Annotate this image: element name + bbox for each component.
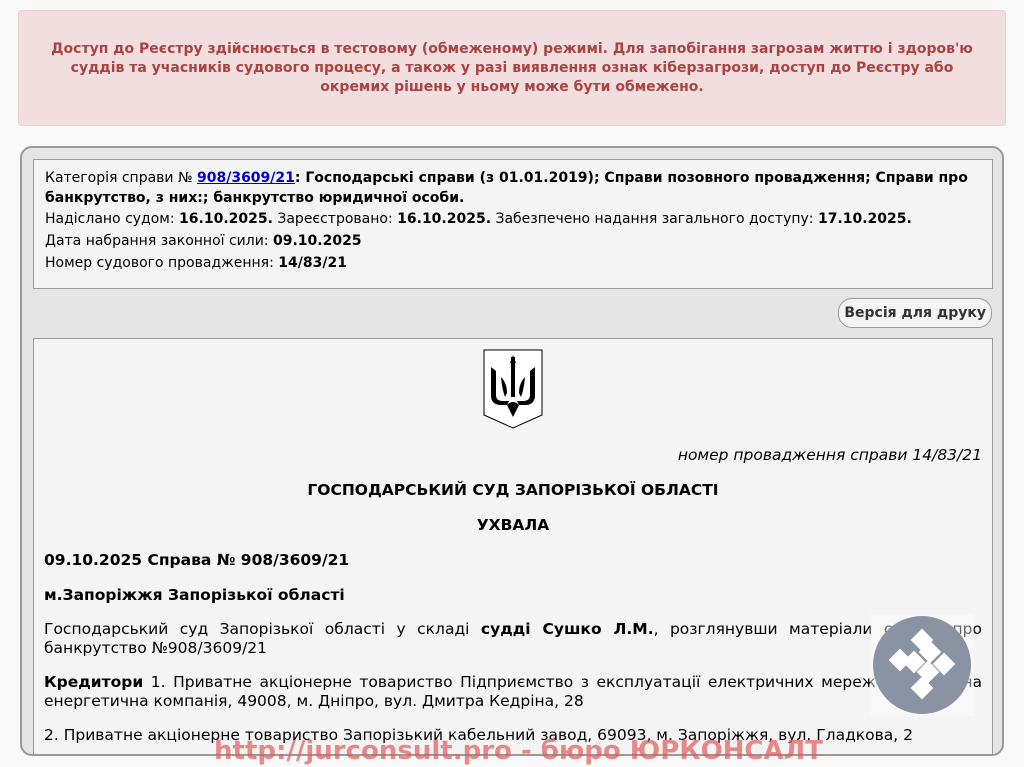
- effective-date-line: Дата набрання законної сили: 09.10.2025: [45, 230, 981, 252]
- category-label: Категорія справи №: [45, 170, 197, 186]
- registered-label: Зареєстровано:: [273, 211, 397, 227]
- creditors-paragraph: Кредитори 1. Приватне акціонерне товарис…: [44, 673, 982, 711]
- effective-value: 09.10.2025: [273, 233, 362, 249]
- sent-value: 16.10.2025.: [179, 211, 273, 227]
- creditor-1-text: 1. Приватне акціонерне товариство Підпри…: [44, 673, 982, 710]
- court-name: ГОСПОДАРСЬКИЙ СУД ЗАПОРІЗЬКОЇ ОБЛАСТІ: [44, 480, 982, 500]
- intro-paragraph: Господарський суд Запорізької області у …: [44, 620, 982, 658]
- case-number-link[interactable]: 908/3609/21: [197, 170, 295, 186]
- access-warning-alert: Доступ до Реєстру здійснюється в тестово…: [18, 10, 1006, 126]
- sent-label: Надіслано судом:: [45, 211, 179, 227]
- decision-container: Категорія справи № 908/3609/21: Господар…: [20, 146, 1004, 756]
- registered-value: 16.10.2025.: [397, 211, 491, 227]
- proceeding-label: Номер судового провадження:: [45, 255, 278, 271]
- creditors-label: Кредитори: [44, 673, 143, 691]
- decision-document: номер провадження справи 14/83/21 ГОСПОД…: [33, 338, 993, 756]
- intro-text: Господарський суд Запорізької області у …: [44, 620, 481, 638]
- proceeding-number-line: Номер судового провадження: 14/83/21: [45, 252, 981, 274]
- alert-text: Доступ до Реєстру здійснюється в тестово…: [35, 40, 989, 97]
- ukraine-trident-icon: [483, 349, 543, 429]
- effective-label: Дата набрання законної сили:: [45, 233, 273, 249]
- judge-name: судді Сушко Л.М.: [481, 620, 654, 638]
- public-access-value: 17.10.2025.: [818, 211, 912, 227]
- date-case-line: 09.10.2025 Справа № 908/3609/21: [44, 550, 982, 570]
- puzzle-logo-icon: [870, 614, 974, 716]
- case-info-panel: Категорія справи № 908/3609/21: Господар…: [33, 159, 993, 289]
- decision-type: УХВАЛА: [44, 515, 982, 535]
- proceeding-value: 14/83/21: [278, 255, 347, 271]
- dates-line: Надіслано судом: 16.10.2025. Зареєстрова…: [45, 208, 981, 230]
- watermark-text: http://jurconsult.pro - бюро ЮРКОНСАЛТ: [214, 734, 823, 767]
- city-line: м.Запоріжжя Запорізької області: [44, 585, 982, 605]
- proceeding-number-header: номер провадження справи 14/83/21: [44, 445, 982, 465]
- public-access-label: Забезпечено надання загального доступу:: [491, 211, 818, 227]
- case-category-line: Категорія справи № 908/3609/21: Господар…: [45, 168, 981, 208]
- print-version-button[interactable]: Версія для друку: [838, 298, 992, 328]
